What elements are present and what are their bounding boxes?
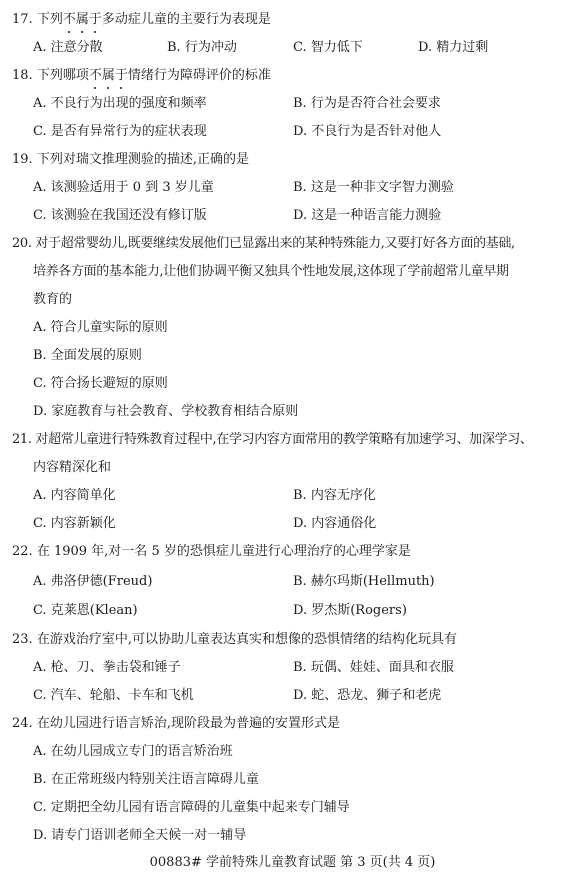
option-text: 内容简单化 bbox=[51, 488, 116, 503]
option-label: A. bbox=[33, 574, 47, 589]
option-label: C. bbox=[33, 124, 47, 139]
emphasized-char: 于 bbox=[115, 68, 128, 84]
option-text: 行为冲动 bbox=[185, 40, 237, 55]
question-18-stem: 18. 下列哪项不属于情绪行为障碍评价的标准 bbox=[12, 68, 271, 84]
option-label: A. bbox=[33, 320, 47, 335]
emphasized-char: 属 bbox=[76, 12, 89, 28]
option-text: 全面发展的原则 bbox=[51, 348, 142, 363]
stem-text: 在 1909 年,对一名 5 岁的恐惧症儿童进行心理治疗的心理学家是 bbox=[37, 544, 411, 559]
option-text: 定期把全幼儿园有语言障碍的儿童集中起来专门辅导 bbox=[51, 800, 350, 815]
option-label: D. bbox=[33, 828, 47, 843]
question-23-option-b[interactable]: B. 玩偶、娃娃、面具和衣服 bbox=[293, 660, 454, 676]
question-number: 22. bbox=[12, 544, 33, 559]
option-label: C. bbox=[33, 688, 47, 703]
option-label: A. bbox=[33, 96, 47, 111]
question-24-option-c[interactable]: C. 定期把全幼儿园有语言障碍的儿童集中起来专门辅导 bbox=[33, 800, 350, 816]
question-17-option-a[interactable]: A. 注意分散 bbox=[33, 40, 103, 56]
option-label: D. bbox=[293, 688, 307, 703]
question-18-option-c[interactable]: C. 是否有异常行为的症状表现 bbox=[33, 124, 207, 140]
option-text: 赫尔玛斯(Hellmuth) bbox=[311, 574, 435, 589]
question-number: 24. bbox=[12, 716, 33, 731]
option-label: C. bbox=[33, 800, 47, 815]
option-text: 不良行为是否针对他人 bbox=[311, 124, 441, 139]
question-number: 21. bbox=[12, 432, 32, 447]
option-text: 行为是否符合社会要求 bbox=[311, 96, 441, 111]
stem-text: 内容精深化和 bbox=[33, 460, 111, 475]
option-label: B. bbox=[293, 574, 307, 589]
option-text: 内容无序化 bbox=[311, 488, 376, 503]
question-19-stem: 19. 下列对瑞文推理测验的描述,正确的是 bbox=[12, 152, 249, 168]
option-text: 这是一种非文字智力测验 bbox=[311, 180, 454, 195]
option-label: C. bbox=[33, 208, 47, 223]
option-text: 家庭教育与社会教育、学校教育相结合原则 bbox=[51, 404, 298, 419]
question-18-option-b[interactable]: B. 行为是否符合社会要求 bbox=[293, 96, 441, 112]
question-number: 23. bbox=[12, 632, 33, 647]
question-20-option-a[interactable]: A. 符合儿童实际的原则 bbox=[33, 320, 168, 336]
question-20-stem-line-3: 教育的 bbox=[33, 292, 72, 308]
option-label: D. bbox=[293, 208, 307, 223]
stem-text: 对于超常婴幼儿,既要继续发展他们已显露出来的某种特殊能力,又要打好各方面的基础, bbox=[35, 236, 514, 251]
option-label: B. bbox=[293, 488, 307, 503]
question-17-option-d[interactable]: D. 精力过剩 bbox=[418, 40, 488, 56]
question-21-stem-line-2: 内容精深化和 bbox=[33, 460, 111, 476]
stem-text: 在幼儿园进行语言矫治,现阶段最为普遍的安置形式是 bbox=[37, 716, 340, 731]
question-21-option-b[interactable]: B. 内容无序化 bbox=[293, 488, 376, 504]
stem-text: 下列 bbox=[37, 12, 63, 27]
question-23-option-a[interactable]: A. 枪、刀、拳击袋和锤子 bbox=[33, 660, 181, 676]
question-21-stem-line-1: 21. 对超常儿童进行特殊教育过程中,在学习内容方面常用的教学策略有加速学习、加… bbox=[12, 432, 533, 448]
question-21-option-d[interactable]: D. 内容通俗化 bbox=[293, 516, 376, 532]
option-text: 汽车、轮船、卡车和飞机 bbox=[51, 688, 194, 703]
question-22-option-c[interactable]: C. 克莱恩(Klean) bbox=[33, 603, 138, 619]
option-label: D. bbox=[293, 603, 307, 618]
option-text: 内容通俗化 bbox=[311, 516, 376, 531]
option-label: C. bbox=[33, 516, 47, 531]
option-text: 智力低下 bbox=[311, 40, 363, 55]
question-17-option-c[interactable]: C. 智力低下 bbox=[293, 40, 363, 56]
option-text: 内容新颖化 bbox=[51, 516, 116, 531]
stem-text: 下列哪项 bbox=[37, 68, 89, 83]
question-number: 18. bbox=[12, 68, 33, 83]
emphasized-char: 不 bbox=[63, 12, 76, 28]
option-label: A. bbox=[33, 488, 47, 503]
option-text: 不良行为出现的强度和频率 bbox=[51, 96, 207, 111]
option-text: 该测验在我国还没有修订版 bbox=[51, 208, 207, 223]
question-20-stem-line-2: 培养各方面的基本能力,让他们协调平衡又独具个性地发展,这体现了学前超常儿童早期 bbox=[33, 264, 509, 280]
option-text: 符合扬长避短的原则 bbox=[51, 376, 168, 391]
question-19-option-a[interactable]: A. 该测验适用于 0 到 3 岁儿童 bbox=[33, 180, 214, 196]
option-text: 这是一种语言能力测验 bbox=[311, 208, 441, 223]
stem-text: 教育的 bbox=[33, 292, 72, 307]
emphasized-char: 于 bbox=[89, 12, 102, 28]
option-label: B. bbox=[293, 96, 307, 111]
question-20-option-b[interactable]: B. 全面发展的原则 bbox=[33, 348, 142, 364]
question-22-stem: 22. 在 1909 年,对一名 5 岁的恐惧症儿童进行心理治疗的心理学家是 bbox=[12, 544, 411, 560]
question-number: 17. bbox=[12, 12, 33, 27]
option-label: A. bbox=[33, 744, 47, 759]
option-text: 罗杰斯(Rogers) bbox=[311, 603, 407, 618]
question-19-option-c[interactable]: C. 该测验在我国还没有修订版 bbox=[33, 208, 207, 224]
question-20-option-d[interactable]: D. 家庭教育与社会教育、学校教育相结合原则 bbox=[33, 404, 298, 420]
question-24-stem: 24. 在幼儿园进行语言矫治,现阶段最为普遍的安置形式是 bbox=[12, 716, 340, 732]
option-text: 在正常班级内特别关注语言障碍儿童 bbox=[51, 772, 259, 787]
option-label: A. bbox=[33, 180, 47, 195]
stem-text: 多动症儿童的主要行为表现是 bbox=[102, 12, 271, 27]
question-22-option-b[interactable]: B. 赫尔玛斯(Hellmuth) bbox=[293, 574, 435, 590]
option-label: B. bbox=[167, 40, 181, 55]
option-text: 注意分散 bbox=[51, 40, 103, 55]
stem-text: 对超常儿童进行特殊教育过程中,在学习内容方面常用的教学策略有加速学习、加深学习、 bbox=[35, 432, 532, 447]
option-label: B. bbox=[33, 348, 47, 363]
question-21-option-c[interactable]: C. 内容新颖化 bbox=[33, 516, 116, 532]
stem-text: 在游戏治疗室中,可以协助儿童表达真实和想像的恐惧情绪的结构化玩具有 bbox=[37, 632, 457, 647]
question-21-option-a[interactable]: A. 内容简单化 bbox=[33, 488, 116, 504]
stem-text: 下列对瑞文推理测验的描述,正确的是 bbox=[37, 152, 249, 167]
stem-text: 情绪行为障碍评价的标准 bbox=[128, 68, 271, 83]
option-text: 克莱恩(Klean) bbox=[51, 603, 138, 618]
option-text: 枪、刀、拳击袋和锤子 bbox=[51, 660, 181, 675]
option-label: A. bbox=[33, 660, 47, 675]
question-24-option-b[interactable]: B. 在正常班级内特别关注语言障碍儿童 bbox=[33, 772, 259, 788]
option-text: 符合儿童实际的原则 bbox=[51, 320, 168, 335]
option-text: 玩偶、娃娃、面具和衣服 bbox=[311, 660, 454, 675]
question-23-option-d[interactable]: D. 蛇、恐龙、狮子和老虎 bbox=[293, 688, 441, 704]
option-text: 该测验适用于 0 到 3 岁儿童 bbox=[51, 180, 214, 195]
question-20-stem-line-1: 20. 对于超常婴幼儿,既要继续发展他们已显露出来的某种特殊能力,又要打好各方面… bbox=[12, 236, 515, 252]
option-text: 精力过剩 bbox=[436, 40, 488, 55]
emphasized-char: 不 bbox=[89, 68, 102, 84]
option-text: 是否有异常行为的症状表现 bbox=[51, 124, 207, 139]
option-text: 蛇、恐龙、狮子和老虎 bbox=[311, 688, 441, 703]
question-24-option-a[interactable]: A. 在幼儿园成立专门的语言矫治班 bbox=[33, 744, 233, 760]
option-label: D. bbox=[33, 404, 47, 419]
option-label: A. bbox=[33, 40, 47, 55]
question-24-option-d[interactable]: D. 请专门语训老师全天候一对一辅导 bbox=[33, 828, 246, 844]
option-text: 弗洛伊德(Freud) bbox=[51, 574, 153, 589]
question-18-option-d[interactable]: D. 不良行为是否针对他人 bbox=[293, 124, 441, 140]
exam-page: 17. 下列不属于多动症儿童的主要行为表现是 A. 注意分散 B. 行为冲动 C… bbox=[0, 0, 585, 885]
option-label: B. bbox=[33, 772, 47, 787]
option-label: C. bbox=[33, 376, 47, 391]
option-text: 请专门语训老师全天候一对一辅导 bbox=[51, 828, 246, 843]
option-label: D. bbox=[418, 40, 432, 55]
question-23-option-c[interactable]: C. 汽车、轮船、卡车和飞机 bbox=[33, 688, 194, 704]
question-17-option-b[interactable]: B. 行为冲动 bbox=[167, 40, 237, 56]
page-footer: 00883# 学前特殊儿童教育试题 第 3 页(共 4 页) bbox=[0, 855, 585, 871]
question-number: 20. bbox=[12, 236, 32, 251]
option-text: 在幼儿园成立专门的语言矫治班 bbox=[51, 744, 233, 759]
option-label: B. bbox=[293, 180, 307, 195]
question-20-option-c[interactable]: C. 符合扬长避短的原则 bbox=[33, 376, 168, 392]
option-label: B. bbox=[293, 660, 307, 675]
question-17-stem: 17. 下列不属于多动症儿童的主要行为表现是 bbox=[12, 12, 271, 28]
question-19-option-b[interactable]: B. 这是一种非文字智力测验 bbox=[293, 180, 454, 196]
question-22-option-a[interactable]: A. 弗洛伊德(Freud) bbox=[33, 574, 152, 590]
option-label: C. bbox=[293, 40, 307, 55]
emphasized-char: 属 bbox=[102, 68, 115, 84]
option-label: D. bbox=[293, 516, 307, 531]
stem-text: 培养各方面的基本能力,让他们协调平衡又独具个性地发展,这体现了学前超常儿童早期 bbox=[33, 264, 509, 279]
question-19-option-d[interactable]: D. 这是一种语言能力测验 bbox=[293, 208, 441, 224]
question-22-option-d[interactable]: D. 罗杰斯(Rogers) bbox=[293, 603, 407, 619]
question-18-option-a[interactable]: A. 不良行为出现的强度和频率 bbox=[33, 96, 207, 112]
option-label: C. bbox=[33, 603, 47, 618]
question-23-stem: 23. 在游戏治疗室中,可以协助儿童表达真实和想像的恐惧情绪的结构化玩具有 bbox=[12, 632, 457, 648]
option-label: D. bbox=[293, 124, 307, 139]
question-number: 19. bbox=[12, 152, 33, 167]
